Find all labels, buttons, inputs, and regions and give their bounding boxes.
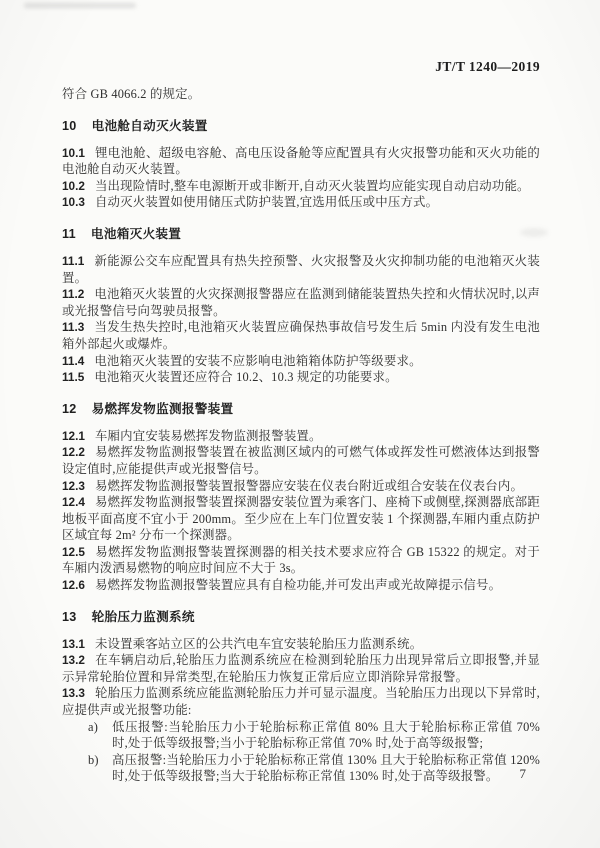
clause-number: 12.3 (62, 479, 85, 493)
list-text: 低压报警:当轮胎压力小于轮胎标称正常值 80% 且大于轮胎标称正常值 70% 时… (112, 720, 540, 751)
clause-paragraph: 12.2易燃挥发物监测报警装置在被监测区域内的可燃气体或挥发性可燃液体达到报警设… (62, 444, 540, 477)
clause-paragraph: 10.3自动灭火装置如使用储压式防护装置,宜选用低压或中压方式。 (62, 194, 540, 211)
clause-number: 13.3 (62, 686, 85, 700)
section-number: 12 (62, 402, 77, 416)
clause-paragraph: 12.4易燃挥发物监测报警装置探测器安装位置为乘客门、座椅下或侧壁,探测器底部距… (62, 494, 540, 544)
clause-number: 12.1 (62, 429, 85, 443)
clause-text: 易燃挥发物监测报警装置探测器安装位置为乘客门、座椅下或侧壁,探测器底部距地板平面… (62, 495, 540, 542)
section-number: 10 (62, 119, 77, 133)
clause-number: 10.1 (62, 146, 85, 160)
clause-number: 11.2 (62, 287, 84, 301)
clause-text: 在车辆启动后,轮胎压力监测系统应在检测到轮胎压力出现异常后立即报警,并显示异常轮… (62, 653, 540, 684)
clause-paragraph: 11.3当发生热失控时,电池箱灭火装置应确保热事故信号发生后 5min 内没有发… (62, 319, 540, 352)
page-number: 7 (520, 766, 527, 782)
clause-paragraph: 11.5电池箱灭火装置还应符合 10.2、10.3 规定的功能要求。 (62, 369, 540, 386)
clause-text: 自动灭火装置如使用储压式防护装置,宜选用低压或中压方式。 (95, 195, 438, 209)
section-title: 电池箱灭火装置 (91, 227, 181, 241)
paragraph-text: 符合 GB 4066.2 的规定。 (62, 87, 200, 101)
section-heading: 11电池箱灭火装置 (62, 226, 540, 243)
section-title: 电池舱自动灭火装置 (92, 119, 208, 133)
clause-text: 易燃挥发物监测报警装置探测器的相关技术要求应符合 GB 15322 的规定。对于… (62, 545, 540, 576)
clause-paragraph: 12.3易燃挥发物监测报警装置报警器应安装在仪表台附近或组合安装在仪表台内。 (62, 478, 540, 495)
clause-number: 12.5 (62, 545, 85, 559)
clause-text: 车厢内宜安装易燃挥发物监测报警装置。 (95, 429, 322, 443)
page-header: JT/T 1240—2019 (62, 59, 540, 75)
clause-paragraph: 12.6易燃挥发物监测报警装置应具有自检功能,并可发出声或光故障提示信号。 (62, 577, 540, 594)
document-page: JT/T 1240—2019 符合 GB 4066.2 的规定。10电池舱自动灭… (0, 0, 600, 848)
clause-number: 12.6 (62, 578, 85, 592)
clause-text: 电池箱灭火装置的火灾探测报警器应在监测到储能装置热失控和火情状况时,以声或光报警… (62, 287, 540, 318)
clause-paragraph: 11.2电池箱灭火装置的火灾探测报警器应在监测到储能装置热失控和火情状况时,以声… (62, 286, 540, 319)
clause-text: 当发生热失控时,电池箱灭火装置应确保热事故信号发生后 5min 内没有发生电池箱… (62, 320, 540, 351)
clause-number: 10.3 (62, 195, 85, 209)
clause-paragraph: 11.4电池箱灭火装置的安装不应影响电池箱箱体防护等级要求。 (62, 353, 540, 370)
clause-number: 13.2 (62, 653, 85, 667)
body-paragraph: 符合 GB 4066.2 的规定。 (62, 86, 540, 103)
clause-number: 11.4 (62, 354, 84, 368)
clause-text: 电池箱灭火装置的安装不应影响电池箱箱体防护等级要求。 (94, 354, 421, 368)
clause-paragraph: 12.5易燃挥发物监测报警装置探测器的相关技术要求应符合 GB 15322 的规… (62, 544, 540, 577)
clause-number: 12.4 (62, 495, 85, 509)
clause-paragraph: 13.3轮胎压力监测系统应能监测轮胎压力并可显示温度。当轮胎压力出现以下异常时,… (62, 685, 540, 718)
section-title: 轮胎压力监测系统 (92, 610, 195, 624)
clause-number: 11.5 (62, 370, 84, 384)
clause-number: 10.2 (62, 179, 85, 193)
list-marker: a) (88, 719, 98, 736)
scan-smudge (24, 3, 136, 8)
standard-number: JT/T 1240—2019 (435, 59, 540, 74)
clause-text: 新能源公交车应配置具有热失控预警、火灾报警及火灾抑制功能的电池箱灭火装置。 (62, 254, 540, 285)
clause-paragraph: 13.1未设置乘客站立区的公共汽电车宜安装轮胎压力监测系统。 (62, 636, 540, 653)
clause-text: 轮胎压力监测系统应能监测轮胎压力并可显示温度。当轮胎压力出现以下异常时,应提供声… (62, 686, 540, 717)
clause-text: 锂电池舱、超级电容舱、高电压设备舱等应配置具有火灾报警功能和灭火功能的电池舱自动… (62, 146, 540, 177)
section-heading: 13轮胎压力监测系统 (62, 609, 540, 626)
clause-number: 13.1 (62, 637, 85, 651)
clause-paragraph: 10.2当出现险情时,整车电源断开或非断开,自动灭火装置均应能实现自动启动功能。 (62, 178, 540, 195)
section-heading: 12易燃挥发物监测报警装置 (62, 401, 540, 418)
clause-number: 11.3 (62, 320, 84, 334)
section-heading: 10电池舱自动灭火装置 (62, 118, 540, 135)
clause-text: 易燃挥发物监测报警装置应具有自检功能,并可发出声或光故障提示信号。 (95, 578, 501, 592)
section-number: 11 (62, 227, 76, 241)
clause-text: 当出现险情时,整车电源断开或非断开,自动灭火装置均应能实现自动启动功能。 (95, 179, 530, 193)
clause-number: 11.1 (62, 254, 84, 268)
clause-paragraph: 10.1锂电池舱、超级电容舱、高电压设备舱等应配置具有火灾报警功能和灭火功能的电… (62, 145, 540, 178)
clause-number: 12.2 (62, 445, 85, 459)
clause-paragraph: 12.1车厢内宜安装易燃挥发物监测报警装置。 (62, 428, 540, 445)
clause-text: 易燃挥发物监测报警装置报警器应安装在仪表台附近或组合安装在仪表台内。 (95, 479, 523, 493)
clause-text: 易燃挥发物监测报警装置在被监测区域内的可燃气体或挥发性可燃液体达到报警设定值时,… (62, 445, 540, 476)
list-marker: b) (88, 752, 99, 769)
clause-paragraph: 13.2在车辆启动后,轮胎压力监测系统应在检测到轮胎压力出现异常后立即报警,并显… (62, 652, 540, 685)
clause-text: 未设置乘客站立区的公共汽电车宜安装轮胎压力监测系统。 (95, 637, 422, 651)
clause-text: 电池箱灭火装置还应符合 10.2、10.3 规定的功能要求。 (94, 370, 397, 384)
section-number: 13 (62, 610, 77, 624)
list-text: 高压报警:当轮胎压力小于轮胎标称正常值 130% 且大于轮胎标称正常值 120%… (112, 753, 540, 784)
document-body: 符合 GB 4066.2 的规定。10电池舱自动灭火装置10.1锂电池舱、超级电… (62, 86, 540, 785)
clause-paragraph: 11.1新能源公交车应配置具有热失控预警、火灾报警及火灾抑制功能的电池箱灭火装置… (62, 253, 540, 286)
list-item: a)低压报警:当轮胎压力小于轮胎标称正常值 80% 且大于轮胎标称正常值 70%… (62, 719, 540, 752)
section-title: 易燃挥发物监测报警装置 (92, 402, 234, 416)
list-item: b)高压报警:当轮胎压力小于轮胎标称正常值 130% 且大于轮胎标称正常值 12… (62, 752, 540, 785)
